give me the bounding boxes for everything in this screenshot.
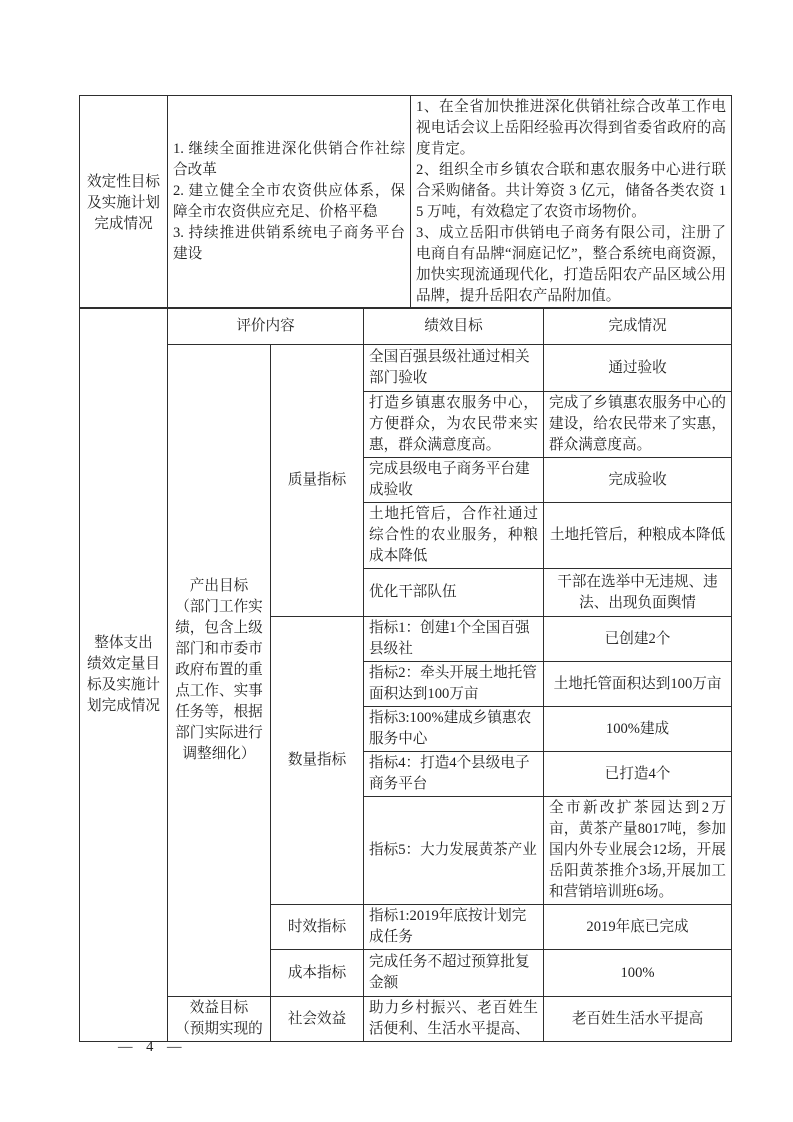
target-cell: 指标2：牵头开展土地托管面积达到100万亩 (364, 662, 544, 707)
group-label-timeliness: 时效指标 (271, 905, 364, 950)
section1-row-label: 效定性目标 及实施计划 完成情况 (80, 96, 168, 309)
target-cell: 助力乡村振兴、老百姓生活便利、生活水平提高、 (364, 997, 544, 1042)
completion-cell: 完成验收 (544, 458, 732, 503)
header-completion: 完成情况 (544, 308, 732, 345)
completion-cell: 土地托管后，种粮成本降低 (544, 503, 732, 569)
output-goal-label: 产出目标 （部门工作实 绩，包含上级 部门和市委市 政府布置的重 点工作、实事 … (168, 345, 271, 997)
target-cell: 完成任务不超过预算批复金额 (364, 950, 544, 997)
group-label-social: 社会效益 (271, 997, 364, 1042)
table-row: 效益目标 （预期实现的 社会效益 助力乡村振兴、老百姓生活便利、生活水平提高、 … (80, 997, 732, 1042)
target-cell: 土地托管后，合作社通过综合性的农业服务，种粮成本降低 (364, 503, 544, 569)
target-cell: 完成县级电子商务平台建成验收 (364, 458, 544, 503)
completion-cell: 老百姓生活水平提高 (544, 997, 732, 1042)
table-row: 效定性目标 及实施计划 完成情况 1. 继续全面推进深化供销合作社综合改革 2.… (80, 96, 732, 309)
header-target: 绩效目标 (364, 308, 544, 345)
completion-cell: 通过验收 (544, 345, 732, 392)
completion-cell: 2019年底已完成 (544, 905, 732, 950)
footer-page-number: — 4 — (118, 1039, 187, 1056)
section1-goals-cell: 1. 继续全面推进深化供销合作社综合改革 2. 建立健全全市农资供应体系，保障全… (168, 96, 411, 309)
target-cell: 指标3:100%建成乡镇惠农服务中心 (364, 707, 544, 752)
target-cell: 指标5：大力发展黄茶产业 (364, 797, 544, 905)
section1-completion-cell: 1、在全省加快推进深化供销社综合改革工作电视电话会议上岳阳经验再次得到省委省政府… (411, 96, 732, 309)
completion-cell: 100%建成 (544, 707, 732, 752)
target-cell: 打造乡镇惠农服务中心，方便群众，为农民带来实惠，群众满意度高。 (364, 392, 544, 458)
qualitative-goals-table: 效定性目标 及实施计划 完成情况 1. 继续全面推进深化供销合作社综合改革 2.… (79, 95, 732, 309)
target-cell: 指标1：创建1个全国百强县级社 (364, 617, 544, 662)
completion-cell: 全市新改扩茶园达到2万亩，黄茶产量8017吨，参加国内外专业展会12场，开展岳阳… (544, 797, 732, 905)
document-page: 效定性目标 及实施计划 完成情况 1. 继续全面推进深化供销合作社综合改革 2.… (0, 0, 793, 1122)
group-label-quality: 质量指标 (271, 345, 364, 617)
header-eval-content: 评价内容 (168, 308, 364, 345)
section2-row-label: 整体支出 绩效定量目 标及实施计 划完成情况 (80, 308, 168, 1042)
table-header-row: 整体支出 绩效定量目 标及实施计 划完成情况 评价内容 绩效目标 完成情况 (80, 308, 732, 345)
completion-cell: 已创建2个 (544, 617, 732, 662)
group-label-cost: 成本指标 (271, 950, 364, 997)
group-label-quantity: 数量指标 (271, 617, 364, 905)
quantitative-goals-table: 整体支出 绩效定量目 标及实施计 划完成情况 评价内容 绩效目标 完成情况 产出… (79, 307, 732, 1042)
target-cell: 全国百强县级社通过相关部门验收 (364, 345, 544, 392)
completion-cell: 土地托管面积达到100万亩 (544, 662, 732, 707)
target-cell: 指标1:2019年底按计划完成任务 (364, 905, 544, 950)
target-cell: 优化干部队伍 (364, 569, 544, 617)
completion-cell: 100% (544, 950, 732, 997)
completion-cell: 干部在选举中无违规、违法、出现负面舆情 (544, 569, 732, 617)
target-cell: 指标4：打造4个县级电子商务平台 (364, 752, 544, 797)
benefit-goal-label: 效益目标 （预期实现的 (168, 997, 271, 1042)
completion-cell: 已打造4个 (544, 752, 732, 797)
completion-cell: 完成了乡镇惠农服务中心的建设，给农民带来了实惠，群众满意度高。 (544, 392, 732, 458)
table-row: 产出目标 （部门工作实 绩，包含上级 部门和市委市 政府布置的重 点工作、实事 … (80, 345, 732, 392)
